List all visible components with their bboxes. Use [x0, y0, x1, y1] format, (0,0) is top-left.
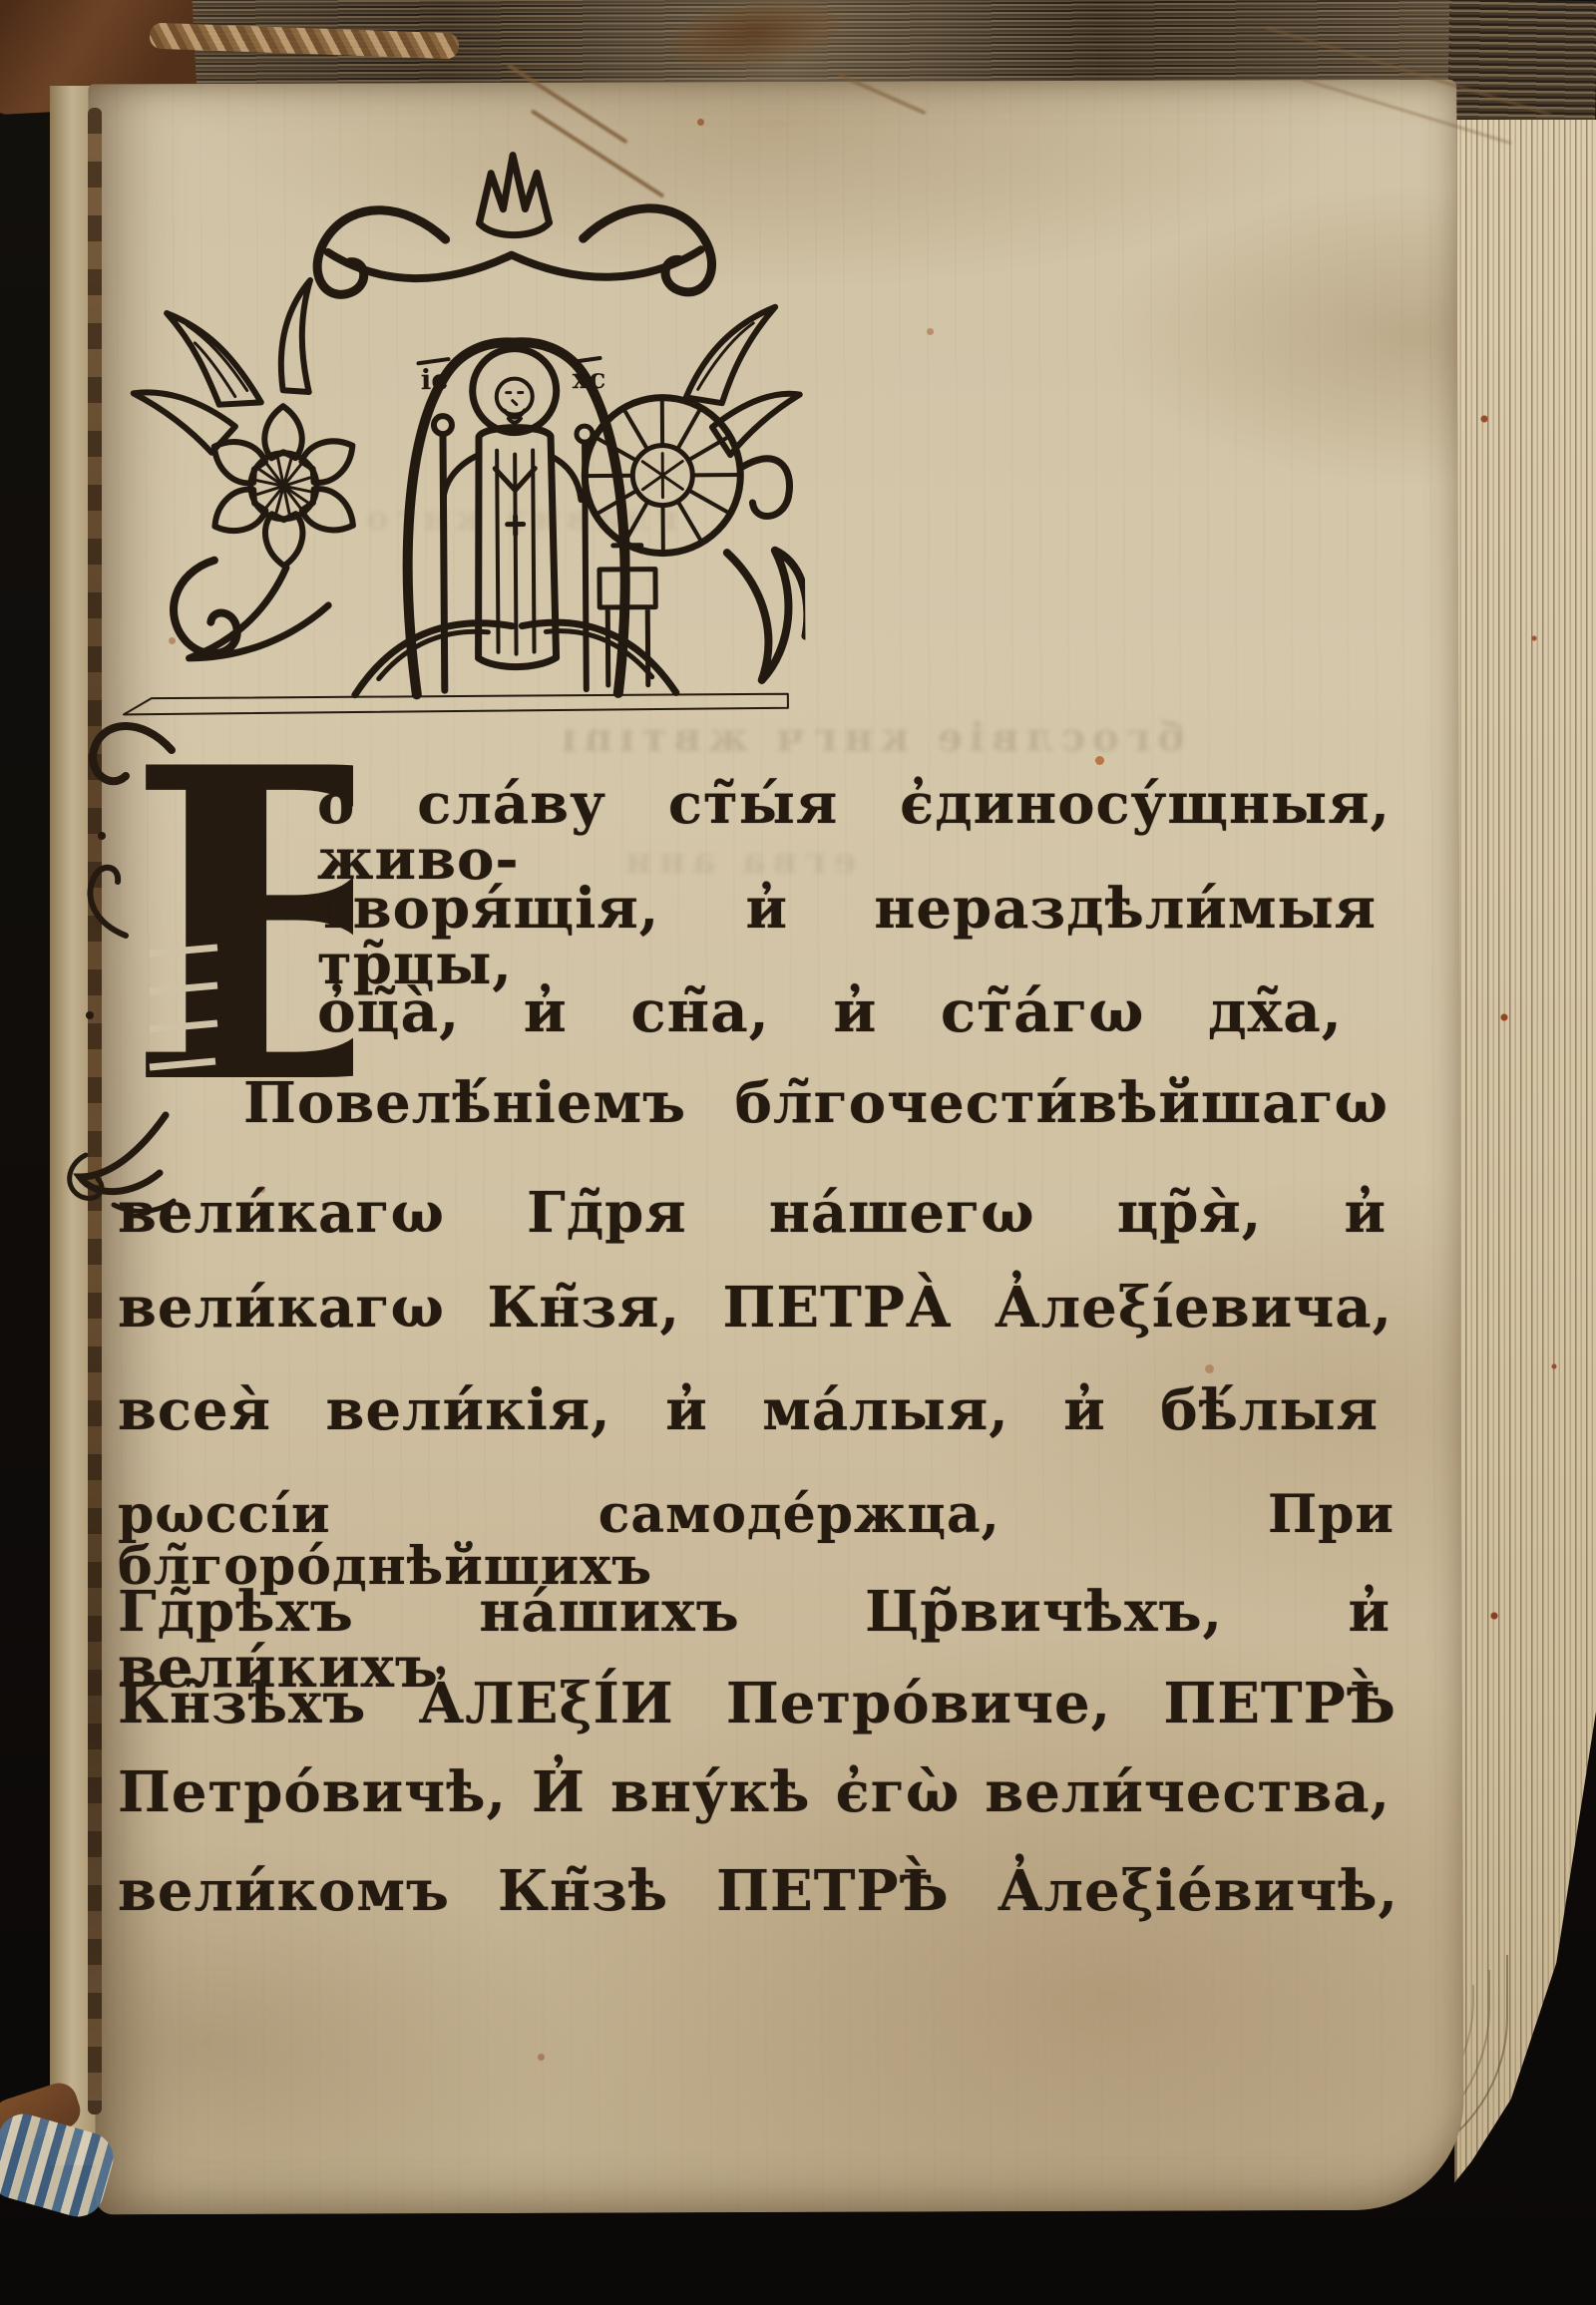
red-specks [0, 0, 5, 5]
text-line: вели́комъ Кн̃зѣ ПЕТРѢ̀ А̓леξіе́вичѣ, [118, 1863, 1398, 1949]
text-line: Гд̃рѣхъ на́шихъ Цр̃вичѣхъ, и̓ вели́кихъ [118, 1584, 1391, 1670]
text-line: всея̀ вели́кія, и̓ ма́лыя, и̓ бѣ́лыя [118, 1382, 1379, 1468]
text-line: рωссі́и самоде́ржца, При бл̃горо́днѣйших… [118, 1489, 1395, 1575]
text-line: вели́кагω Гд̃ря на́шегω цр̃я̀, и̓ [118, 1185, 1387, 1271]
text-line: Кн̃зѣхъ А̓ЛЕξІ́И Петро́виче, ПЕТРѢ̀ [118, 1676, 1396, 1761]
crown-finial [479, 155, 549, 222]
text-line: вели́кагω Кн̃зя, ПЕТРА̀ А̓леξі́евича, [118, 1280, 1393, 1365]
headpiece-woodcut: іс хс [114, 138, 806, 729]
christogram-ic: іс [421, 363, 449, 396]
text-line: Повелѣ́ніемъ бл̃гочести́вѣйшагω [243, 1075, 1389, 1161]
text-line: о сла́ву ст̃ы́я є̓диносу́щныя, живо- [317, 776, 1391, 862]
book-fore-edge-pages [1454, 120, 1596, 2214]
photo-of-old-book-page: бгослвіе кнгч жвтını егва ани главиз кнг… [0, 0, 1596, 2305]
text-line: творя́щія, и̓ нераздѣли́мыя тр̃цы, [317, 881, 1377, 966]
text-line: Петро́вичѣ, И̓ вну́кѣ є̓гὼ вели́чества, [118, 1764, 1391, 1850]
christogram-xc: хс [573, 362, 606, 395]
text-line: о̓ц̃а̀, и̓ сн̃а, и̓ ст̃а́гω дх̃а, [317, 982, 1343, 1068]
